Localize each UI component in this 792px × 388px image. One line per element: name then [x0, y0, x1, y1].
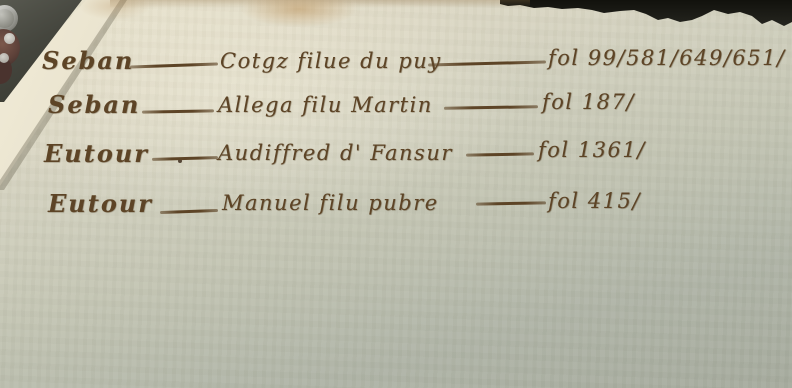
entry-folio: fol 1361/	[538, 138, 646, 162]
rivet-icon	[4, 33, 15, 44]
entry-folio: fol 99/581/649/651/	[548, 46, 786, 70]
metal-ring-icon	[0, 5, 18, 32]
entry-description: Allega filu Martin	[218, 93, 433, 117]
entry-folio: fol 415/	[548, 189, 641, 213]
stain	[238, 0, 360, 28]
entry-description: Cotgz filue du puy	[220, 49, 442, 73]
entry-description: Audiffred d' Fansur	[218, 141, 453, 165]
entry-surname: Eutour	[44, 139, 149, 168]
entry-surname: Seban	[48, 90, 140, 119]
stain	[78, 0, 152, 20]
entry-description: Manuel filu pubre	[222, 191, 439, 215]
manuscript-photo: Seban Cotgz filue du puy fol 99/581/649/…	[0, 0, 792, 388]
entry-surname: Eutour	[48, 189, 153, 218]
entry-folio: fol 187/	[542, 90, 635, 114]
entry-surname: Seban	[42, 46, 134, 75]
